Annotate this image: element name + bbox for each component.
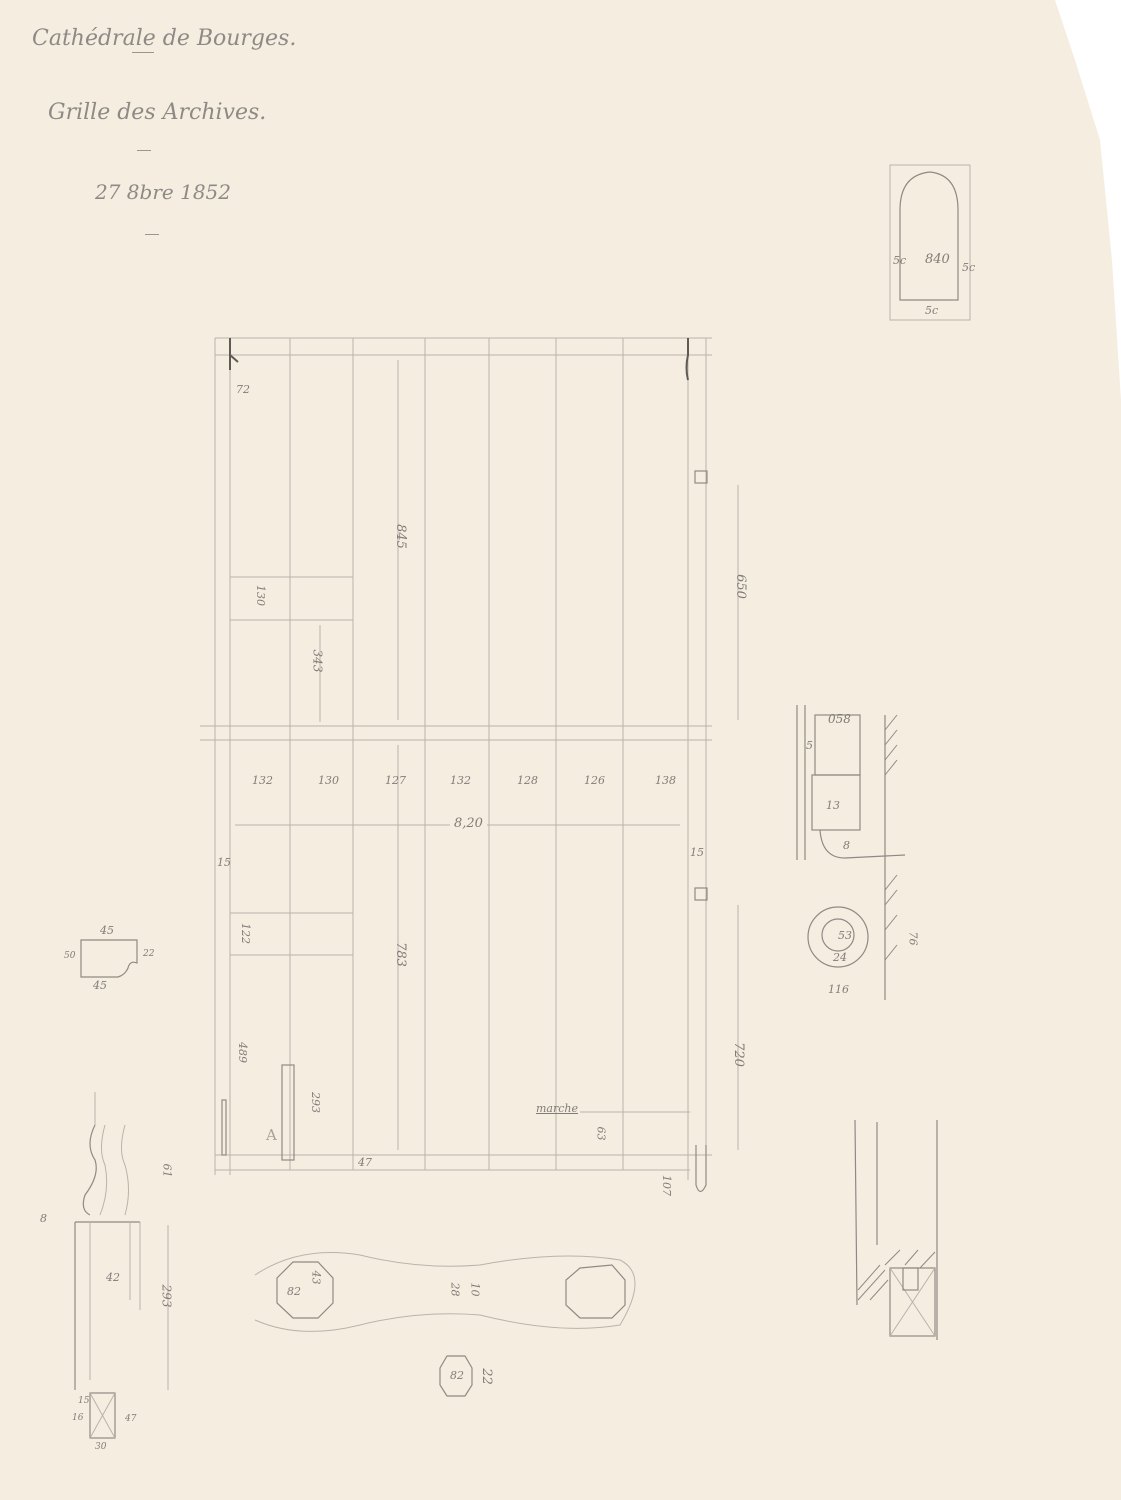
baluster-width-label: 42 — [106, 1272, 120, 1283]
arch-width-label: 840 — [925, 253, 950, 266]
lower-height-label: 783 — [394, 942, 407, 967]
wall-depth-label: 76 — [908, 932, 919, 946]
drawing-layer — [0, 0, 1121, 1500]
baluster-base-c: 47 — [125, 1415, 136, 1424]
small-mark-right: 15 — [690, 847, 704, 858]
right-upper-label: 650 — [734, 574, 747, 599]
section-low-label: 8 — [843, 840, 850, 851]
bar-plan — [255, 1253, 635, 1332]
marche-label: marche — [536, 1103, 578, 1114]
section-mid-label: 13 — [826, 800, 840, 811]
baluster-base-b: 16 — [72, 1414, 83, 1423]
post-height-label: 293 — [310, 1092, 321, 1113]
small-octagon-side: 22 — [480, 1368, 493, 1385]
arch-detail — [890, 165, 970, 320]
corner-label: 72 — [236, 384, 250, 395]
bay-width: 138 — [655, 775, 676, 786]
panel-height-label: 130 — [255, 585, 266, 606]
small-mark-left: 15 — [217, 857, 231, 868]
octagon-top-label: 43 — [311, 1271, 322, 1285]
section-width-label: 058 — [828, 713, 851, 725]
bay-width: 132 — [252, 775, 273, 786]
profile-right-label: 22 — [143, 950, 154, 959]
baluster-side-label: 8 — [40, 1213, 47, 1224]
joint-detail — [855, 1120, 937, 1340]
lower-panel-label: 122 — [240, 923, 251, 944]
ring-inner-label: 53 — [838, 930, 852, 941]
foot-label: 107 — [661, 1175, 672, 1196]
small-octagon-inner: 82 — [450, 1370, 464, 1381]
bay-width: 126 — [584, 775, 605, 786]
arch-right-label: 5c — [962, 262, 975, 273]
bottom-left-label: 489 — [237, 1042, 248, 1063]
bar-center-b: 10 — [470, 1283, 481, 1297]
section-detail — [797, 705, 905, 1000]
octagon-label: 82 — [287, 1286, 301, 1297]
profile-left-label: 50 — [64, 952, 75, 961]
profile-top-label: 45 — [100, 925, 114, 936]
baluster — [75, 1092, 168, 1438]
baluster-base-a: 15 — [78, 1397, 89, 1406]
bay-width: 128 — [517, 775, 538, 786]
baluster-upper-label: 61 — [162, 1164, 173, 1178]
marche-height-label: 63 — [596, 1127, 607, 1141]
panel-gap-label: 343 — [311, 650, 323, 673]
bay-width: 132 — [450, 775, 471, 786]
arch-bottom-label: 5c — [925, 305, 938, 316]
ring-low-label: 24 — [833, 952, 847, 963]
total-width-label: 8,20 — [450, 817, 487, 830]
bar-center-a: 28 — [450, 1283, 461, 1297]
profile-bottom-label: 45 — [93, 980, 107, 991]
bottom-mark-label: 47 — [358, 1157, 372, 1168]
bay-width: 130 — [318, 775, 339, 786]
upper-height-label: 845 — [394, 524, 407, 549]
grille-elevation — [200, 338, 738, 1192]
bay-width: 127 — [385, 775, 406, 786]
arch-left-label: 5c — [893, 255, 906, 266]
post-label-a: A — [266, 1128, 277, 1143]
baluster-height-label: 293 — [160, 1285, 172, 1308]
section-top-label: 5 — [806, 740, 813, 751]
baluster-base-width: 30 — [95, 1443, 106, 1452]
ring-width-label: 116 — [828, 984, 849, 995]
small-profile — [81, 940, 137, 977]
right-lower-label: 720 — [732, 1042, 745, 1067]
